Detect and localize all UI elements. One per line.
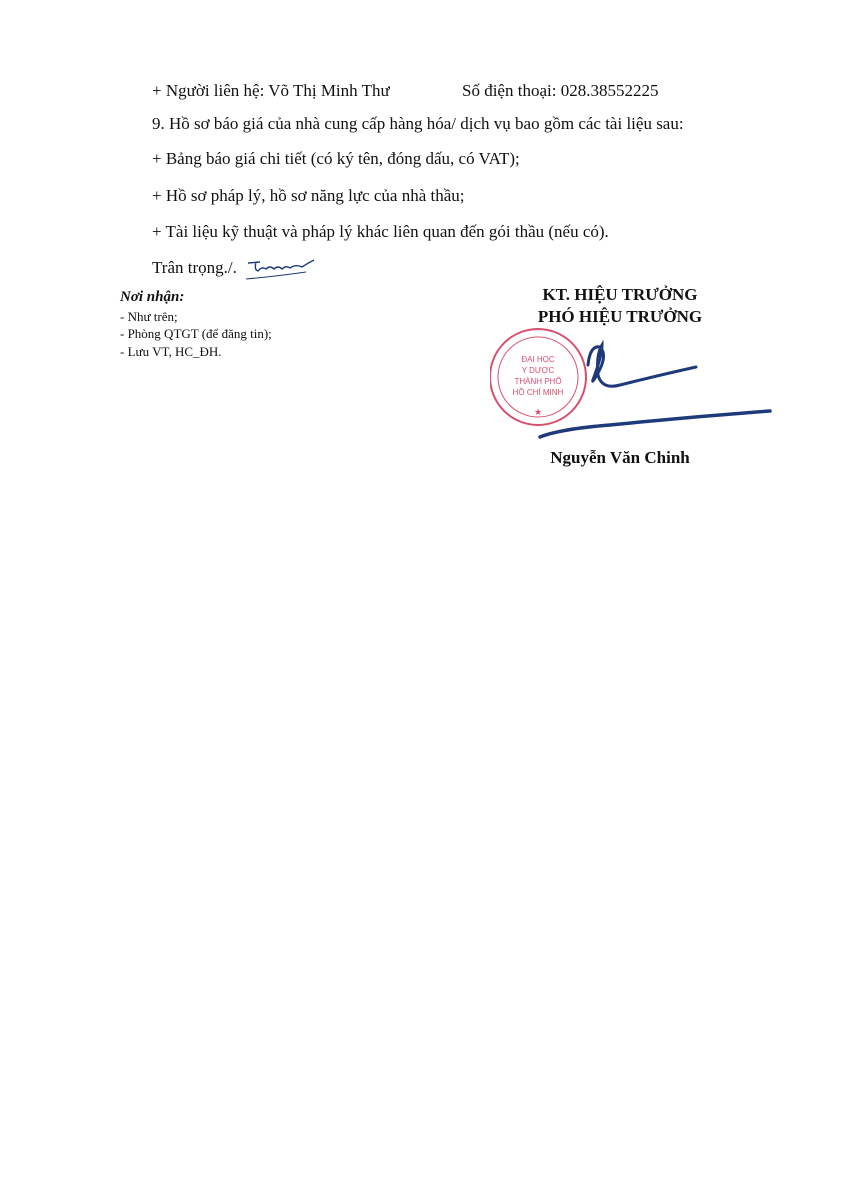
signature-title-1: KT. HIỆU TRƯỞNG bbox=[490, 284, 750, 306]
item-9-heading: 9. Hồ sơ báo giá của nhà cung cấp hàng h… bbox=[152, 114, 684, 134]
contact-phone: Số điện thoại: 028.38552225 bbox=[462, 81, 658, 101]
list-item: + Tài liệu kỹ thuật và pháp lý khác liên… bbox=[152, 222, 609, 242]
list-item: + Bảng báo giá chi tiết (có ký tên, đóng… bbox=[152, 149, 520, 169]
recipient-item: - Phòng QTGT (để đăng tin); bbox=[120, 326, 272, 341]
closing-text: Trân trọng./. bbox=[152, 258, 237, 278]
initials-signature-icon bbox=[244, 254, 320, 284]
recipients-heading: Nơi nhận: bbox=[120, 290, 184, 305]
handwritten-signature-icon bbox=[490, 325, 780, 450]
recipient-item: - Như trên; bbox=[120, 309, 178, 324]
signer-name: Nguyễn Văn Chinh bbox=[490, 448, 750, 468]
recipient-item: - Lưu VT, HC_ĐH. bbox=[120, 344, 222, 359]
stamp-and-signature: ĐẠI HỌC Y DƯỢC THÀNH PHỐ HỒ CHÍ MINH ★ bbox=[490, 325, 780, 450]
list-item: + Hồ sơ pháp lý, hồ sơ năng lực của nhà … bbox=[152, 186, 465, 206]
contact-person: + Người liên hệ: Võ Thị Minh Thư bbox=[152, 81, 390, 101]
signature-block: KT. HIỆU TRƯỞNG PHÓ HIỆU TRƯỞNG bbox=[490, 284, 750, 328]
